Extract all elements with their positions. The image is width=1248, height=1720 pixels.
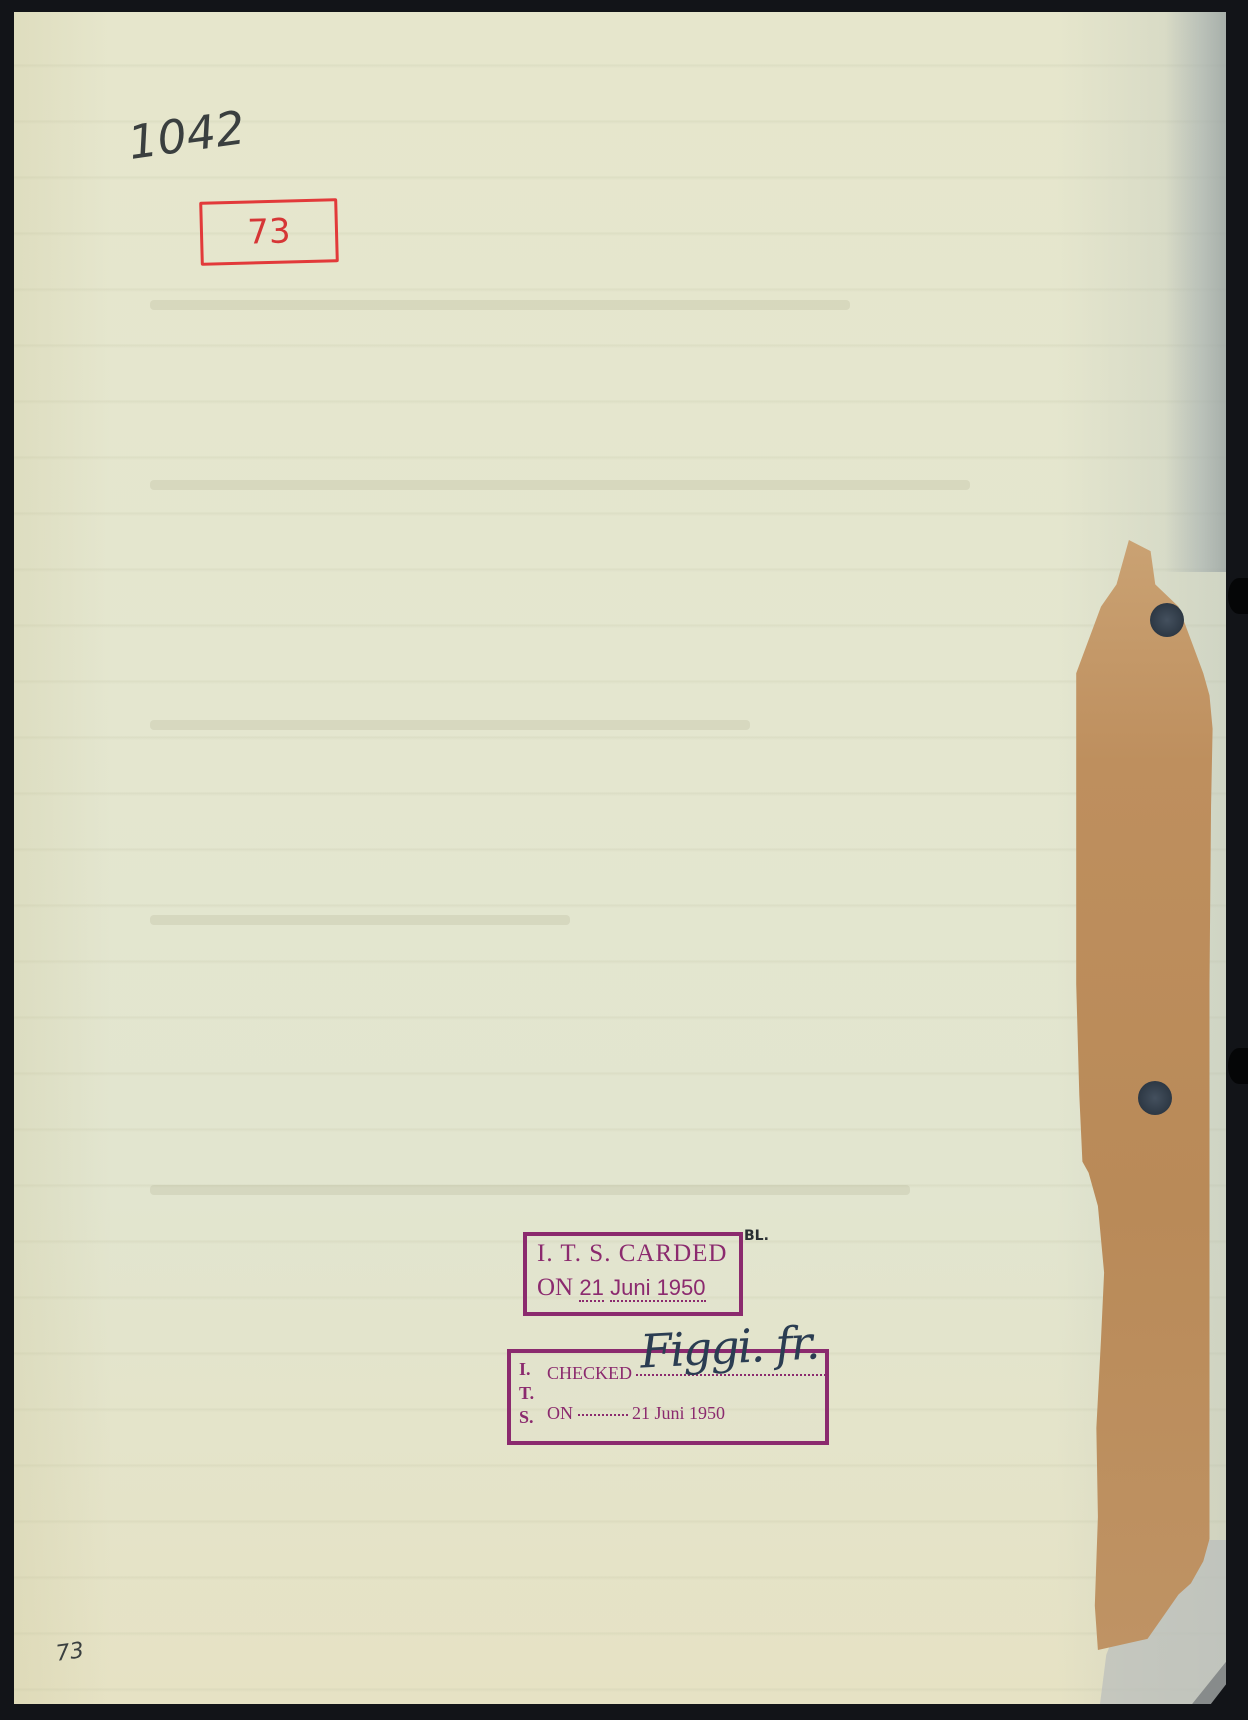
page-number: 73 (247, 211, 291, 252)
carded-on-label: ON (537, 1274, 573, 1301)
carded-stamp-date-line: ON 21 Juni 1950 (537, 1274, 706, 1302)
checked-label: CHECKED (547, 1363, 632, 1383)
punch-hole-lower (1138, 1081, 1172, 1115)
its-carded-stamp: I. T. S. CARDED ON 21 Juni 1950 (523, 1232, 743, 1316)
show-through-text-line (150, 915, 570, 925)
punch-hole-upper (1150, 603, 1184, 637)
show-through-text-line (150, 300, 850, 310)
binder-hole-lower (1228, 1048, 1248, 1084)
bl-annotation: BL. (744, 1228, 769, 1244)
document-page (14, 12, 1226, 1704)
its-letter-s: S. (519, 1405, 534, 1429)
show-through-text-line (150, 1185, 910, 1195)
carded-date-month-year: Juni 1950 (610, 1275, 705, 1302)
checked-date-month-year: Juni 1950 (655, 1403, 726, 1423)
checked-on-label: ON (547, 1403, 573, 1423)
checked-date-day: 21 (632, 1403, 650, 1423)
carded-stamp-title: I. T. S. CARDED (537, 1240, 727, 1268)
handwritten-signature: Figgi. fr. (639, 1315, 820, 1378)
page-number-box: 73 (199, 198, 339, 266)
checked-date-row: ON 21 Juni 1950 (547, 1403, 725, 1424)
carded-date-day: 21 (579, 1275, 603, 1302)
paper-edge-shading (1165, 12, 1226, 572)
page-number-pencil: 73 (54, 1638, 85, 1667)
show-through-text-line (150, 480, 970, 490)
show-through-text-line (150, 720, 750, 730)
its-letter-i: I. (519, 1357, 534, 1381)
dotted-line (578, 1414, 628, 1416)
its-letters: I. T. S. (519, 1357, 534, 1429)
its-letter-t: T. (519, 1381, 534, 1405)
binder-hole-upper (1228, 578, 1248, 614)
